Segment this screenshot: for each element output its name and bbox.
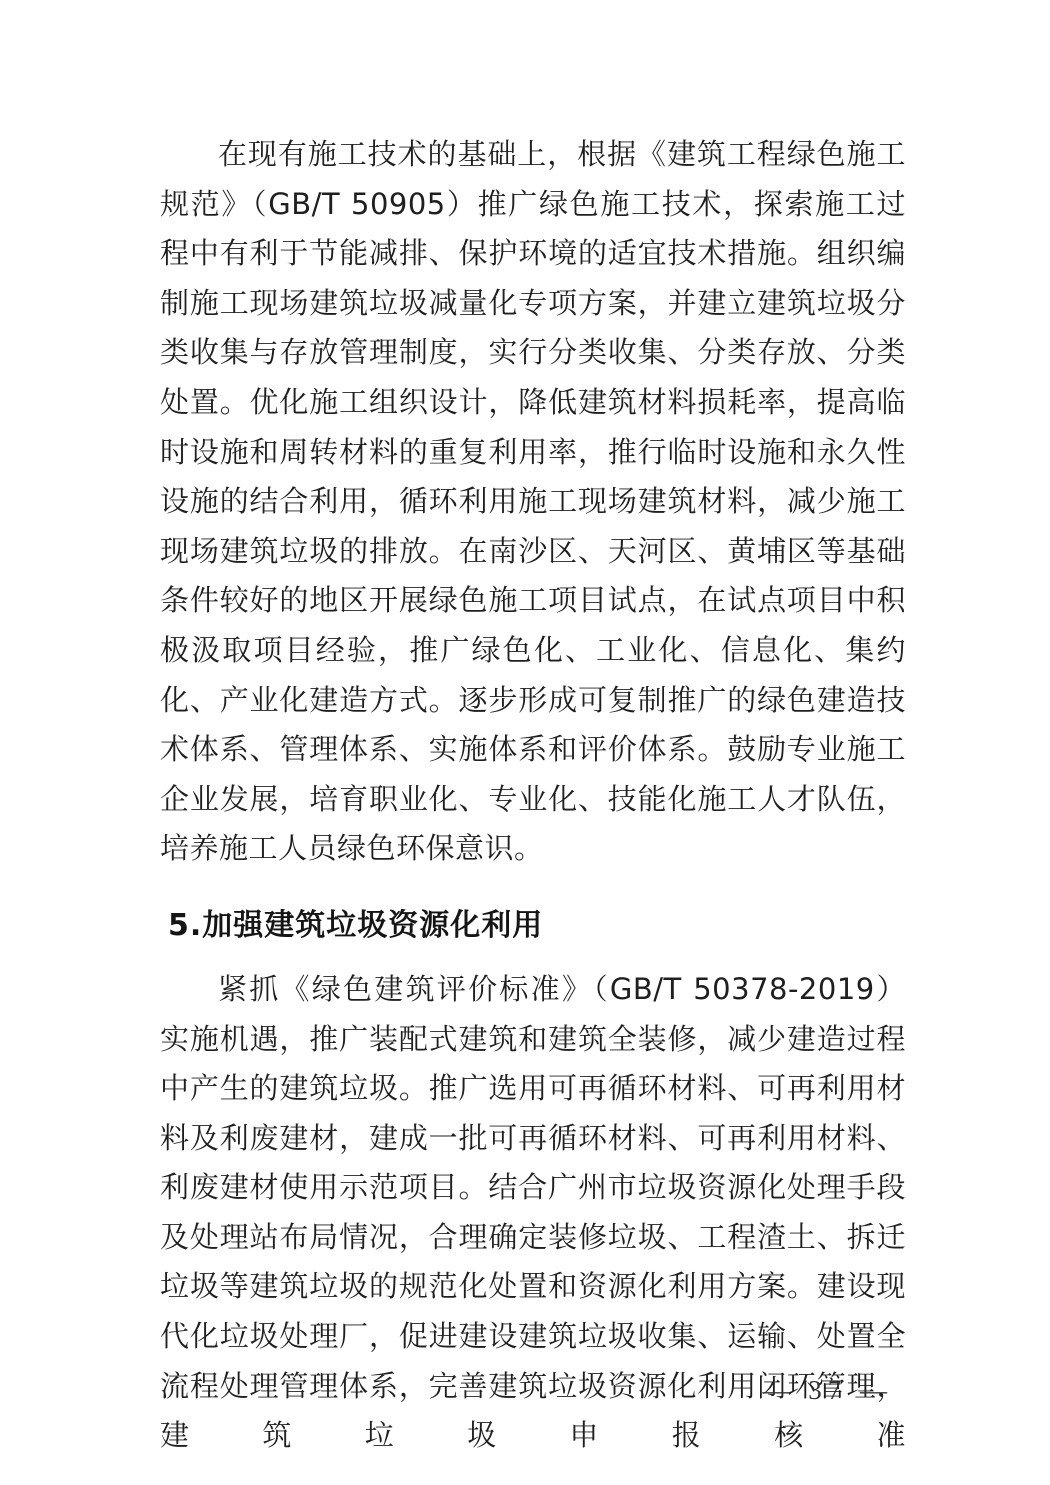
- page-number: — 37 —: [763, 1372, 894, 1408]
- document-page: 在现有施工技术的基础上，根据《建筑工程绿色施工规范》（GB/T 50905）推广…: [0, 0, 1050, 1485]
- paragraph-green-construction-techniques: 在现有施工技术的基础上，根据《建筑工程绿色施工规范》（GB/T 50905）推广…: [160, 130, 906, 874]
- section-heading-5: 5.加强建筑垃圾资源化利用: [160, 901, 906, 951]
- document-content: 在现有施工技术的基础上，根据《建筑工程绿色施工规范》（GB/T 50905）推广…: [160, 130, 906, 1461]
